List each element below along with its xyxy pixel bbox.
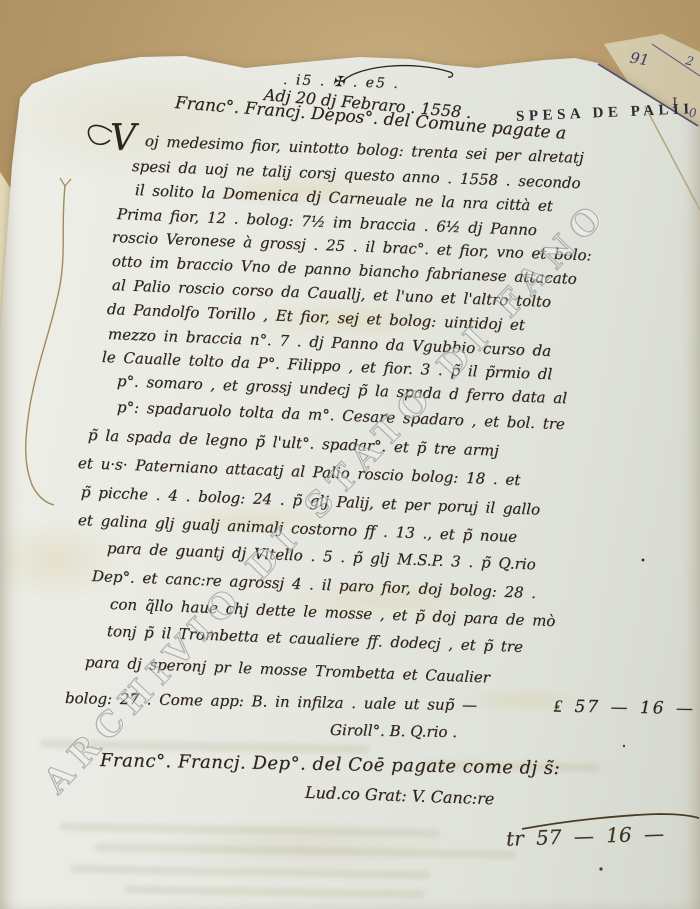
manuscript-photo: . i5 . ✠ . e5 . Adj 20 dj Febraro . 1558… — [0, 0, 700, 909]
adjacent-page-mark: I — [672, 96, 678, 112]
signature-girollo: Giroll°. B. Q.rio . — [330, 721, 457, 741]
folio-number: 91 — [629, 49, 651, 70]
initial-letter: V — [110, 118, 136, 159]
sum-amount: ₤ 57 — 16 — — [553, 697, 695, 719]
adjacent-page-mark: 0 . — [689, 106, 700, 120]
